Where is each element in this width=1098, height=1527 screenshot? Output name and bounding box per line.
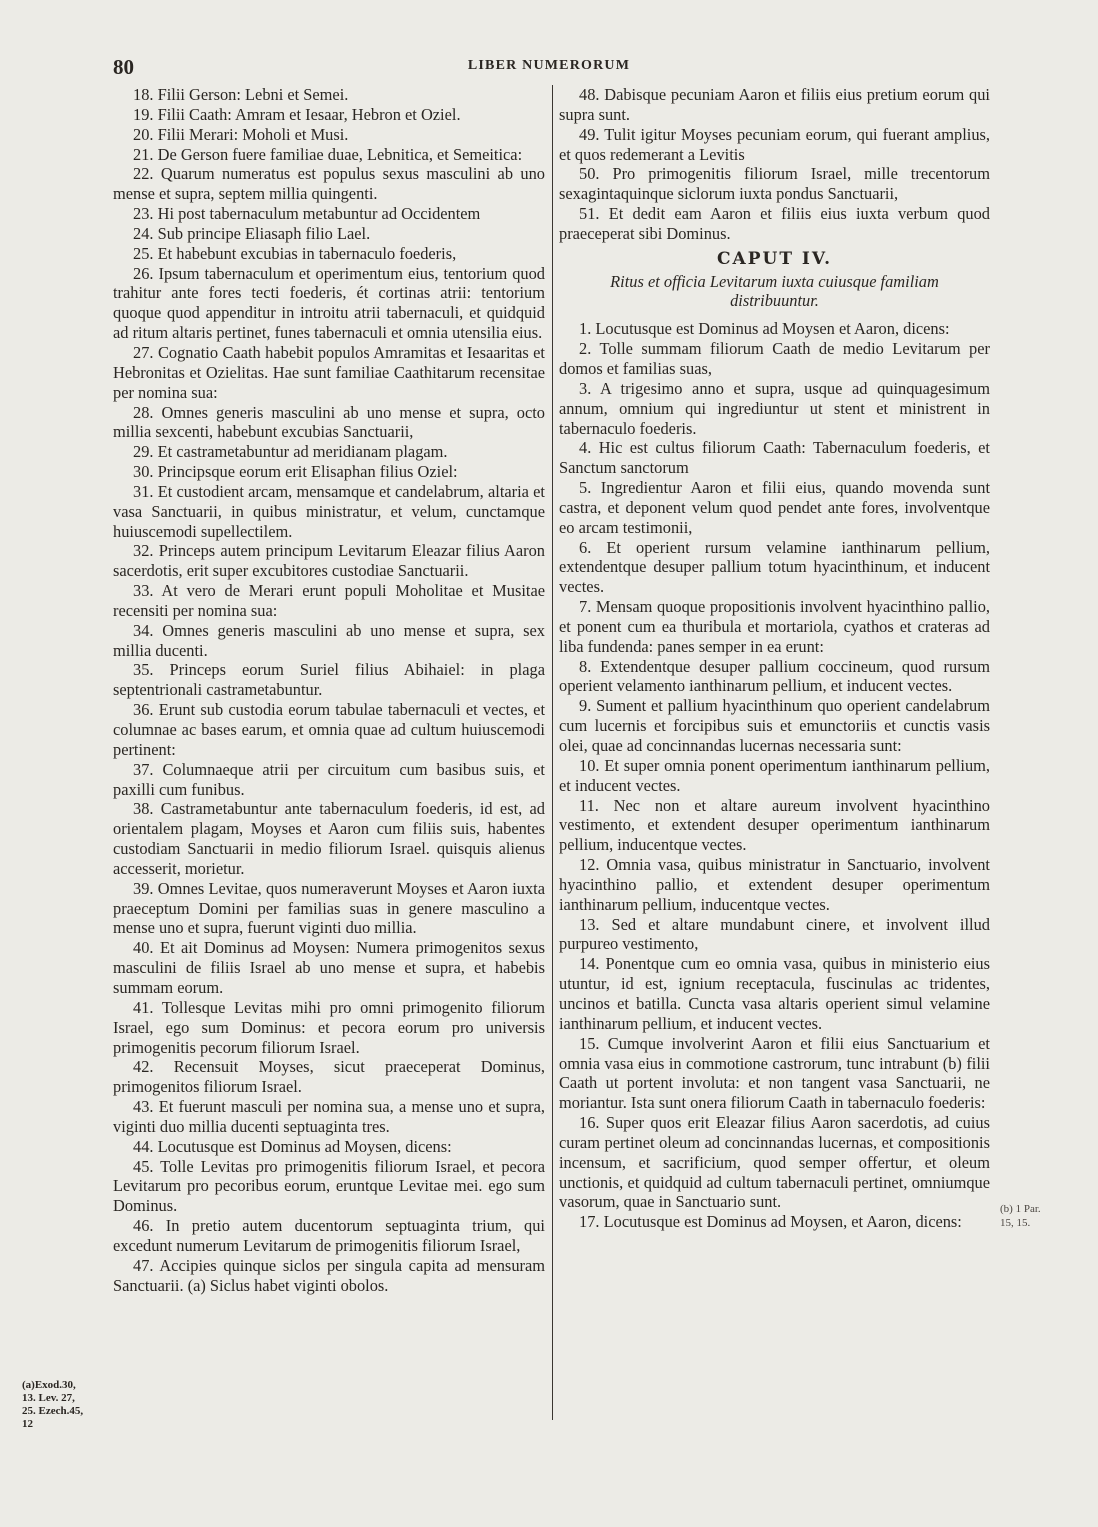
verse: 33. At vero de Merari erunt populi Mohol… bbox=[113, 581, 545, 621]
verse-number: 35. bbox=[133, 660, 154, 679]
verse-text: Cumque involverint Aaron et filii eius S… bbox=[559, 1034, 990, 1113]
verse-number: 17. bbox=[579, 1212, 600, 1231]
verse-text: Quarum numeratus est populus sexus mascu… bbox=[113, 164, 545, 203]
verse-number: 40. bbox=[133, 938, 154, 957]
verse-text: At vero de Merari erunt populi Moholitae… bbox=[113, 581, 545, 620]
verse-text: Hic est cultus filiorum Caath: Tabernacu… bbox=[559, 438, 990, 477]
verse-number: 24. bbox=[133, 224, 154, 243]
verse-text: Ponentque cum eo omnia vasa, quibus in m… bbox=[559, 954, 990, 1033]
verse-text: Omnia vasa, quibus ministratur in Sanctu… bbox=[559, 855, 990, 914]
verse: 26. Ipsum tabernaculum et operimentum ei… bbox=[113, 264, 545, 343]
verse-text: Filii Caath: Amram et Iesaar, Hebron et … bbox=[158, 105, 461, 124]
verse-number: 3. bbox=[579, 379, 591, 398]
verse-text: Hi post tabernaculum metabuntur ad Occid… bbox=[158, 204, 481, 223]
verse-text: Tulit igitur Moyses pecuniam eorum, qui … bbox=[559, 125, 990, 164]
verse: 28. Omnes generis masculini ab uno mense… bbox=[113, 403, 545, 443]
verse-number: 36. bbox=[133, 700, 154, 719]
verse-text: Omnes generis masculini ab uno mense et … bbox=[113, 403, 545, 442]
verse: 44. Locutusque est Dominus ad Moysen, di… bbox=[113, 1137, 545, 1157]
verse-number: 12. bbox=[579, 855, 600, 874]
verse: 11. Nec non et altare aureum involvent h… bbox=[559, 796, 990, 856]
verse: 10. Et super omnia ponent operimentum ia… bbox=[559, 756, 990, 796]
verse-text: Et dedit eam Aaron et filiis eius iuxta … bbox=[559, 204, 990, 243]
verse-text: Et habebunt excubias in tabernaculo foed… bbox=[158, 244, 457, 263]
verse-number: 6. bbox=[579, 538, 591, 557]
margin-note-line: (b) 1 Par. bbox=[1000, 1202, 1080, 1216]
verse-number: 45. bbox=[133, 1157, 154, 1176]
verse-text: Tolle Levitas pro primogenitis filiorum … bbox=[113, 1157, 545, 1216]
verse: 9. Sument et pallium hyacinthinum quo op… bbox=[559, 696, 990, 756]
verse-text: Et castrametabuntur ad meridianam plagam… bbox=[158, 442, 448, 461]
verse: 39. Omnes Levitae, quos numeraverunt Moy… bbox=[113, 879, 545, 939]
verse-text: Princeps autem principum Levitarum Eleaz… bbox=[113, 541, 545, 580]
verse-text: Super quos erit Eleazar filius Aaron sac… bbox=[559, 1113, 990, 1211]
verse-text: Et ait Dominus ad Moysen: Numera primoge… bbox=[113, 938, 545, 997]
verse-number: 42. bbox=[133, 1057, 154, 1076]
verse: 3. A trigesimo anno et supra, usque ad q… bbox=[559, 379, 990, 439]
verse: 24. Sub principe Eliasaph filio Lael. bbox=[113, 224, 545, 244]
verse: 29. Et castrametabuntur ad meridianam pl… bbox=[113, 442, 545, 462]
verse-text: Mensam quoque propositionis involvent hy… bbox=[559, 597, 990, 656]
verse-number: 46. bbox=[133, 1216, 154, 1235]
verse: 37. Columnaeque atrii per circuitum cum … bbox=[113, 760, 545, 800]
verse: 46. In pretio autem ducentorum septuagin… bbox=[113, 1216, 545, 1256]
verse-number: 33. bbox=[133, 581, 154, 600]
verse-number: 25. bbox=[133, 244, 154, 263]
verse: 47. Accipies quinque siclos per singula … bbox=[113, 1256, 545, 1296]
verse-number: 51. bbox=[579, 204, 600, 223]
verse-text: Sument et pallium hyacinthinum quo operi… bbox=[559, 696, 990, 755]
verse-text: Erunt sub custodia eorum tabulae taberna… bbox=[113, 700, 545, 759]
verse: 2. Tolle summam filiorum Caath de medio … bbox=[559, 339, 990, 379]
verse-number: 49. bbox=[579, 125, 600, 144]
verse-text: Et super omnia ponent operimentum ianthi… bbox=[559, 756, 990, 795]
verse-number: 34. bbox=[133, 621, 154, 640]
verse: 20. Filii Merari: Moholi et Musi. bbox=[113, 125, 545, 145]
verse: 4. Hic est cultus filiorum Caath: Tabern… bbox=[559, 438, 990, 478]
verse-text: Dabisque pecuniam Aaron et filiis eius p… bbox=[559, 85, 990, 124]
verse: 51. Et dedit eam Aaron et filiis eius iu… bbox=[559, 204, 990, 244]
verse-number: 10. bbox=[579, 756, 600, 775]
verse: 50. Pro primogenitis filiorum Israel, mi… bbox=[559, 164, 990, 204]
verse-text: Sed et altare mundabunt cinere, et invol… bbox=[559, 915, 990, 954]
chapter-heading: CAPUT IV. bbox=[559, 250, 990, 270]
margin-note-line: 25. Ezech.45, bbox=[22, 1405, 112, 1418]
verse-number: 1. bbox=[579, 319, 591, 338]
left-column: 18. Filii Gerson: Lebni et Semei.19. Fil… bbox=[113, 85, 545, 1295]
verse-number: 50. bbox=[579, 164, 600, 183]
verse-text: De Gerson fuere familiae duae, Lebnitica… bbox=[158, 145, 523, 164]
verse: 38. Castrametabuntur ante tabernaculum f… bbox=[113, 799, 545, 878]
verse-number: 19. bbox=[133, 105, 154, 124]
right-column: 48. Dabisque pecuniam Aaron et filiis ei… bbox=[559, 85, 990, 1232]
verse-number: 37. bbox=[133, 760, 154, 779]
verse-text: Et custodient arcam, mensamque et candel… bbox=[113, 482, 545, 541]
verse-text: Filii Merari: Moholi et Musi. bbox=[158, 125, 349, 144]
verse: 41. Tollesque Levitas mihi pro omni prim… bbox=[113, 998, 545, 1058]
verse-number: 44. bbox=[133, 1137, 154, 1156]
verse: 15. Cumque involverint Aaron et filii ei… bbox=[559, 1034, 990, 1113]
verse-text: Extendentque desuper pallium coccineum, … bbox=[559, 657, 990, 696]
verse-text: Columnaeque atrii per circuitum cum basi… bbox=[113, 760, 545, 799]
verse-text: Locutusque est Dominus ad Moysen et Aaro… bbox=[595, 319, 949, 338]
verse-text: Et operient rursum velamine ianthinarum … bbox=[559, 538, 990, 597]
verse-number: 48. bbox=[579, 85, 600, 104]
verse-text: Tolle summam filiorum Caath de medio Lev… bbox=[559, 339, 990, 378]
verse: 18. Filii Gerson: Lebni et Semei. bbox=[113, 85, 545, 105]
chapter-summary: Ritus et officia Levitarum iuxta cuiusqu… bbox=[559, 272, 990, 312]
verse-text: Filii Gerson: Lebni et Semei. bbox=[158, 85, 349, 104]
verse: 12. Omnia vasa, quibus ministratur in Sa… bbox=[559, 855, 990, 915]
verse-number: 16. bbox=[579, 1113, 600, 1132]
verse: 35. Princeps eorum Suriel filius Abihaie… bbox=[113, 660, 545, 700]
verse-number: 18. bbox=[133, 85, 154, 104]
verse: 6. Et operient rursum velamine ianthinar… bbox=[559, 538, 990, 598]
verse-number: 26. bbox=[133, 264, 154, 283]
verse-text: Ingredientur Aaron et filii eius, quando… bbox=[559, 478, 990, 537]
verse-number: 5. bbox=[579, 478, 591, 497]
verse-text: Princeps eorum Suriel filius Abihaiel: i… bbox=[113, 660, 545, 699]
verse-text: Omnes generis masculini ab uno mense et … bbox=[113, 621, 545, 660]
verse-text: Ipsum tabernaculum et operimentum eius, … bbox=[113, 264, 545, 343]
verse-number: 43. bbox=[133, 1097, 154, 1116]
verse-text: A trigesimo anno et supra, usque ad quin… bbox=[559, 379, 990, 438]
verse: 36. Erunt sub custodia eorum tabulae tab… bbox=[113, 700, 545, 760]
margin-note-line: 12 bbox=[22, 1418, 112, 1431]
verse-text: Recensuit Moyses, sicut praeceperat Domi… bbox=[113, 1057, 545, 1096]
verse-number: 2. bbox=[579, 339, 591, 358]
verse: 42. Recensuit Moyses, sicut praeceperat … bbox=[113, 1057, 545, 1097]
verse-number: 22. bbox=[133, 164, 154, 183]
verse: 31. Et custodient arcam, mensamque et ca… bbox=[113, 482, 545, 542]
verse-text: Et fuerunt masculi per nomina sua, a men… bbox=[113, 1097, 545, 1136]
verse-number: 28. bbox=[133, 403, 154, 422]
verse-number: 9. bbox=[579, 696, 591, 715]
verse: 40. Et ait Dominus ad Moysen: Numera pri… bbox=[113, 938, 545, 998]
verse-number: 38. bbox=[133, 799, 154, 818]
verse-number: 8. bbox=[579, 657, 591, 676]
verse: 32. Princeps autem principum Levitarum E… bbox=[113, 541, 545, 581]
verse-number: 31. bbox=[133, 482, 154, 501]
verse: 25. Et habebunt excubias in tabernaculo … bbox=[113, 244, 545, 264]
verse: 8. Extendentque desuper pallium coccineu… bbox=[559, 657, 990, 697]
verse-number: 11. bbox=[579, 796, 599, 815]
verse-text: Tollesque Levitas mihi pro omni primogen… bbox=[113, 998, 545, 1057]
running-head: LIBER NUMERORUM bbox=[0, 58, 1098, 74]
verse-number: 20. bbox=[133, 125, 154, 144]
verse-number: 13. bbox=[579, 915, 600, 934]
verse: 27. Cognatio Caath habebit populos Amram… bbox=[113, 343, 545, 403]
verse-number: 23. bbox=[133, 204, 154, 223]
verse-number: 21. bbox=[133, 145, 154, 164]
verse: 34. Omnes generis masculini ab uno mense… bbox=[113, 621, 545, 661]
verse-number: 47. bbox=[133, 1256, 154, 1275]
verse: 48. Dabisque pecuniam Aaron et filiis ei… bbox=[559, 85, 990, 125]
verse-text: In pretio autem ducentorum septuaginta t… bbox=[113, 1216, 545, 1255]
verse-text: Castrametabuntur ante tabernaculum foede… bbox=[113, 799, 545, 878]
verse-number: 39. bbox=[133, 879, 154, 898]
verse: 5. Ingredientur Aaron et filii eius, qua… bbox=[559, 478, 990, 538]
verse-number: 41. bbox=[133, 998, 154, 1017]
margin-note-left: (a)Exod.30, 13. Lev. 27, 25. Ezech.45, 1… bbox=[22, 1379, 112, 1431]
verse-text: Locutusque est Dominus ad Moysen, et Aar… bbox=[604, 1212, 962, 1231]
verse: 43. Et fuerunt masculi per nomina sua, a… bbox=[113, 1097, 545, 1137]
verse: 49. Tulit igitur Moyses pecuniam eorum, … bbox=[559, 125, 990, 165]
verse-number: 7. bbox=[579, 597, 591, 616]
verse: 14. Ponentque cum eo omnia vasa, quibus … bbox=[559, 954, 990, 1033]
verse: 1. Locutusque est Dominus ad Moysen et A… bbox=[559, 319, 990, 339]
verse-number: 32. bbox=[133, 541, 154, 560]
verse: 19. Filii Caath: Amram et Iesaar, Hebron… bbox=[113, 105, 545, 125]
verse: 7. Mensam quoque propositionis involvent… bbox=[559, 597, 990, 657]
verse-text: Principsque eorum erit Elisaphan filius … bbox=[158, 462, 458, 481]
margin-note-right: (b) 1 Par. 15, 15. bbox=[1000, 1202, 1080, 1230]
verse-text: Locutusque est Dominus ad Moysen, dicens… bbox=[158, 1137, 452, 1156]
verse: 22. Quarum numeratus est populus sexus m… bbox=[113, 164, 545, 204]
column-divider bbox=[552, 85, 553, 1420]
verse: 45. Tolle Levitas pro primogenitis filio… bbox=[113, 1157, 545, 1217]
verse-number: 30. bbox=[133, 462, 154, 481]
verse: 16. Super quos erit Eleazar filius Aaron… bbox=[559, 1113, 990, 1212]
margin-note-line: 15, 15. bbox=[1000, 1216, 1080, 1230]
verse-text: Omnes Levitae, quos numeraverunt Moyses … bbox=[113, 879, 545, 938]
verse: 21. De Gerson fuere familiae duae, Lebni… bbox=[113, 145, 545, 165]
verse-text: Accipies quinque siclos per singula capi… bbox=[113, 1256, 545, 1295]
verse-number: 4. bbox=[579, 438, 591, 457]
verse: 13. Sed et altare mundabunt cinere, et i… bbox=[559, 915, 990, 955]
verse-number: 14. bbox=[579, 954, 600, 973]
verse: 17. Locutusque est Dominus ad Moysen, et… bbox=[559, 1212, 990, 1232]
verse-text: Pro primogenitis filiorum Israel, mille … bbox=[559, 164, 990, 203]
verse-number: 29. bbox=[133, 442, 154, 461]
verse: 30. Principsque eorum erit Elisaphan fil… bbox=[113, 462, 545, 482]
verse-text: Cognatio Caath habebit populos Amramitas… bbox=[113, 343, 545, 402]
verse: 23. Hi post tabernaculum metabuntur ad O… bbox=[113, 204, 545, 224]
verse-number: 15. bbox=[579, 1034, 600, 1053]
verse-text: Sub principe Eliasaph filio Lael. bbox=[158, 224, 371, 243]
verse-text: Nec non et altare aureum involvent hyaci… bbox=[559, 796, 990, 855]
verse-number: 27. bbox=[133, 343, 154, 362]
margin-note-line: (a)Exod.30, bbox=[22, 1379, 112, 1392]
margin-note-line: 13. Lev. 27, bbox=[22, 1392, 112, 1405]
